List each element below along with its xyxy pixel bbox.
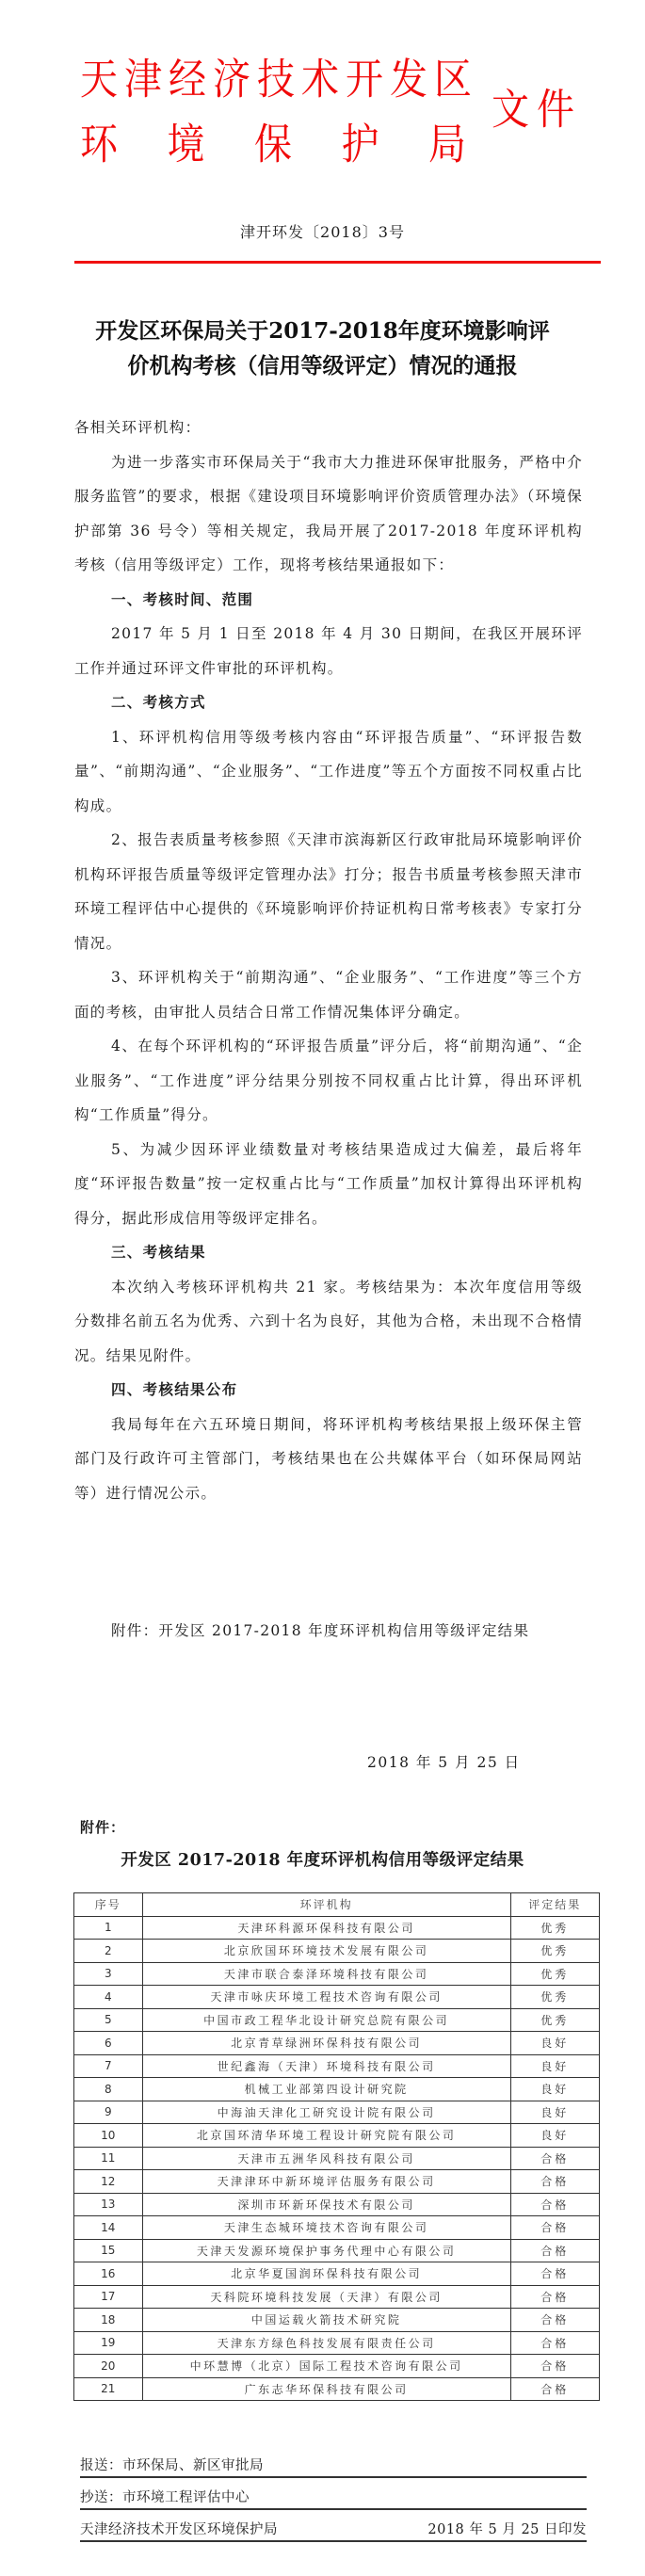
row-number: 7 <box>74 2054 143 2078</box>
agency-name: 广东志华环保科技有限公司 <box>142 2377 510 2401</box>
section-paragraph: 我局每年在六五环境日期间，将环评机构考核结果报上级环保主管部门及行政许可主管部门… <box>74 1408 583 1511</box>
table-row: 6北京青草绿洲环保科技有限公司良好 <box>74 2032 600 2055</box>
section-heading: 二、考核方式 <box>74 685 583 720</box>
row-number: 21 <box>74 2377 143 2401</box>
report-to: 报送：市环保局、新区审批局 <box>80 2455 264 2476</box>
letterhead-char: 护 <box>342 120 379 170</box>
credit-grade: 合格 <box>510 2355 599 2378</box>
table-row: 1天津环科源环保科技有限公司优秀 <box>74 1916 600 1940</box>
agency-name: 天津天发源环境保护事务代理中心有限公司 <box>142 2239 510 2262</box>
agency-name: 天津津环中新环境评估服务有限公司 <box>142 2170 510 2194</box>
credit-grade: 合格 <box>510 2193 599 2216</box>
letterhead-char: 局 <box>428 120 466 170</box>
table-row: 10北京国环清华环境工程设计研究院有限公司良好 <box>74 2124 600 2148</box>
section-paragraph: 4、在每个环评机构的“环评报告质量”评分后，将“前期沟通”、“企业服务”、“工作… <box>74 1029 583 1133</box>
section-paragraph: 2017 年 5 月 1 日至 2018 年 4 月 30 日期间，在我区开展环… <box>74 617 583 685</box>
table-row: 11天津市五洲华风科技有限公司合格 <box>74 2147 600 2170</box>
row-number: 5 <box>74 2008 143 2032</box>
agency-name: 机械工业部第四设计研究院 <box>142 2078 510 2101</box>
section-paragraph: 5、为减少因环评业绩数量对考核结果造成过大偏差，最后将年度“环评报告数量”按一定… <box>74 1133 583 1236</box>
section-paragraph: 3、环评机构关于“前期沟通”、“企业服务”、“工作进度”等三个方面的考核，由审批… <box>74 960 583 1029</box>
section-paragraph: 2、报告表质量考核参照《天津市滨海新区行政审批局环境影响评价机构环评报告质量等级… <box>74 823 583 960</box>
column-header-number: 序号 <box>74 1893 143 1917</box>
row-number: 15 <box>74 2239 143 2262</box>
table-row: 19天津东方绿色科技发展有限责任公司合格 <box>74 2331 600 2355</box>
row-number: 9 <box>74 2101 143 2124</box>
letterhead-char: 保 <box>254 120 292 170</box>
letterhead-doc-type: 文件 <box>492 85 582 136</box>
credit-grade: 合格 <box>510 2170 599 2194</box>
section-paragraph: 本次纳入考核环评机构共 21 家。考核结果为：本次年度信用等级分数排名前五名为优… <box>74 1270 583 1374</box>
document-title: 开发区环保局关于2017-2018年度环境影响评 价机构考核（信用等级评定）情况… <box>56 314 589 383</box>
credit-grade: 优秀 <box>510 2008 599 2032</box>
section-heading: 三、考核结果 <box>74 1235 583 1270</box>
attachment-label: 附件： <box>80 1817 125 1837</box>
row-number: 8 <box>74 2078 143 2101</box>
agency-name: 世纪鑫海（天津）环境科技有限公司 <box>142 2054 510 2078</box>
agency-name: 天津东方绿色科技发展有限责任公司 <box>142 2331 510 2355</box>
credit-grade: 合格 <box>510 2377 599 2401</box>
agency-name: 天津生态城环境技术咨询有限公司 <box>142 2216 510 2240</box>
section-paragraph: 1、环评机构信用等级考核内容由“环评报告质量”、“环评报告数量”、“前期沟通”、… <box>74 720 583 824</box>
title-line-1: 开发区环保局关于2017-2018年度环境影响评 <box>56 314 589 348</box>
letterhead-org-line1: 天津经济技术开发区 <box>80 55 478 105</box>
results-table-body: 1天津环科源环保科技有限公司优秀2北京欣国环环境技术发展有限公司优秀3天津市联合… <box>74 1916 600 2401</box>
table-row: 20中环慧博（北京）国际工程技术咨询有限公司合格 <box>74 2355 600 2378</box>
table-row: 3天津市联合泰泽环境科技有限公司优秀 <box>74 1962 600 1986</box>
agency-name: 北京欣国环环境技术发展有限公司 <box>142 1940 510 1963</box>
row-number: 13 <box>74 2193 143 2216</box>
credit-grade: 良好 <box>510 2032 599 2055</box>
row-number: 3 <box>74 1962 143 1986</box>
row-number: 11 <box>74 2147 143 2170</box>
table-row: 2北京欣国环环境技术发展有限公司优秀 <box>74 1940 600 1963</box>
row-number: 2 <box>74 1940 143 1963</box>
section-heading: 一、考核时间、范围 <box>74 583 583 618</box>
intro-paragraph: 为进一步落实市环保局关于“我市大力推进环保审批服务，严格中介服务监管”的要求，根… <box>74 445 583 583</box>
table-row: 12天津津环中新环境评估服务有限公司合格 <box>74 2170 600 2194</box>
credit-grade: 优秀 <box>510 1962 599 1986</box>
table-row: 18中国运载火箭技术研究院合格 <box>74 2309 600 2332</box>
agency-name: 天科院环境科技发展（天津）有限公司 <box>142 2285 510 2309</box>
table-row: 9中海油天津化工研究设计院有限公司良好 <box>74 2101 600 2124</box>
table-row: 4天津市咏庆环境工程技术咨询有限公司优秀 <box>74 1986 600 2009</box>
credit-grade: 合格 <box>510 2216 599 2240</box>
row-number: 10 <box>74 2124 143 2148</box>
table-row: 17天科院环境科技发展（天津）有限公司合格 <box>74 2285 600 2309</box>
attachment-title: 开发区 2017-2018 年度环评机构信用等级评定结果 <box>56 1847 589 1871</box>
credit-grade: 合格 <box>510 2285 599 2309</box>
letterhead-org-line2: 环 境 保 护 局 <box>80 120 466 170</box>
document-number: 津开环发〔2018〕3号 <box>0 220 645 242</box>
copy-to-line: 抄送：市环境工程评估中心 <box>80 2487 587 2510</box>
table-row: 16北京华夏国润环保科技有限公司合格 <box>74 2262 600 2286</box>
credit-grade: 良好 <box>510 2124 599 2148</box>
row-number: 6 <box>74 2032 143 2055</box>
attachment-reference: 附件：开发区 2017-2018 年度环评机构信用等级评定结果 <box>111 1619 529 1640</box>
agency-name: 天津市咏庆环境工程技术咨询有限公司 <box>142 1986 510 2009</box>
row-number: 20 <box>74 2355 143 2378</box>
credit-grade: 优秀 <box>510 1986 599 2009</box>
table-row: 7世纪鑫海（天津）环境科技有限公司良好 <box>74 2054 600 2078</box>
letterhead-char: 环 <box>80 120 118 170</box>
column-header-agency: 环评机构 <box>142 1893 510 1917</box>
row-number: 4 <box>74 1986 143 2009</box>
credit-grade: 合格 <box>510 2309 599 2332</box>
table-header-row: 序号 环评机构 评定结果 <box>74 1893 600 1917</box>
credit-grade: 优秀 <box>510 1916 599 1940</box>
row-number: 19 <box>74 2331 143 2355</box>
agency-name: 中国运载火箭技术研究院 <box>142 2309 510 2332</box>
issue-date: 2018 年 5 月 25 日印发 <box>427 2520 587 2540</box>
credit-grade: 合格 <box>510 2147 599 2170</box>
row-number: 1 <box>74 1916 143 1940</box>
issuer: 天津经济技术开发区环境保护局 <box>80 2520 278 2540</box>
credit-grade: 良好 <box>510 2054 599 2078</box>
copy-to: 抄送：市环境工程评估中心 <box>80 2487 250 2508</box>
agency-name: 中海油天津化工研究设计院有限公司 <box>142 2101 510 2124</box>
section-heading: 四、考核结果公布 <box>74 1373 583 1408</box>
table-row: 21广东志华环保科技有限公司合格 <box>74 2377 600 2401</box>
document-body: 各相关环评机构： 为进一步落实市环保局关于“我市大力推进环保审批服务，严格中介服… <box>74 411 583 1510</box>
table-row: 8机械工业部第四设计研究院良好 <box>74 2078 600 2101</box>
row-number: 18 <box>74 2309 143 2332</box>
agency-name: 中国市政工程华北设计研究总院有限公司 <box>142 2008 510 2032</box>
row-number: 17 <box>74 2285 143 2309</box>
issuer-line: 天津经济技术开发区环境保护局 2018 年 5 月 25 日印发 <box>80 2520 587 2542</box>
credit-grade: 合格 <box>510 2331 599 2355</box>
credit-grade: 良好 <box>510 2101 599 2124</box>
signature-date: 2018 年 5 月 25 日 <box>367 1751 521 1772</box>
results-table: 序号 环评机构 评定结果 1天津环科源环保科技有限公司优秀2北京欣国环环境技术发… <box>73 1892 600 2401</box>
table-row: 15天津天发源环境保护事务代理中心有限公司合格 <box>74 2239 600 2262</box>
agency-name: 天津市五洲华风科技有限公司 <box>142 2147 510 2170</box>
row-number: 16 <box>74 2262 143 2286</box>
credit-grade: 良好 <box>510 2078 599 2101</box>
salutation: 各相关环评机构： <box>74 411 583 445</box>
agency-name: 中环慧博（北京）国际工程技术咨询有限公司 <box>142 2355 510 2378</box>
agency-name: 北京国环清华环境工程设计研究院有限公司 <box>142 2124 510 2148</box>
red-divider <box>74 261 601 264</box>
agency-name: 天津市联合泰泽环境科技有限公司 <box>142 1962 510 1986</box>
letterhead-char: 境 <box>168 120 205 170</box>
table-row: 13深圳市环新环保技术有限公司合格 <box>74 2193 600 2216</box>
agency-name: 北京华夏国润环保科技有限公司 <box>142 2262 510 2286</box>
column-header-grade: 评定结果 <box>510 1893 599 1917</box>
agency-name: 深圳市环新环保技术有限公司 <box>142 2193 510 2216</box>
agency-name: 天津环科源环保科技有限公司 <box>142 1916 510 1940</box>
agency-name: 北京青草绿洲环保科技有限公司 <box>142 2032 510 2055</box>
row-number: 14 <box>74 2216 143 2240</box>
report-to-line: 报送：市环保局、新区审批局 <box>80 2455 587 2478</box>
table-row: 5中国市政工程华北设计研究总院有限公司优秀 <box>74 2008 600 2032</box>
table-row: 14天津生态城环境技术咨询有限公司合格 <box>74 2216 600 2240</box>
title-line-2: 价机构考核（信用等级评定）情况的通报 <box>56 348 589 383</box>
credit-grade: 合格 <box>510 2262 599 2286</box>
credit-grade: 合格 <box>510 2239 599 2262</box>
row-number: 12 <box>74 2170 143 2194</box>
credit-grade: 优秀 <box>510 1940 599 1963</box>
